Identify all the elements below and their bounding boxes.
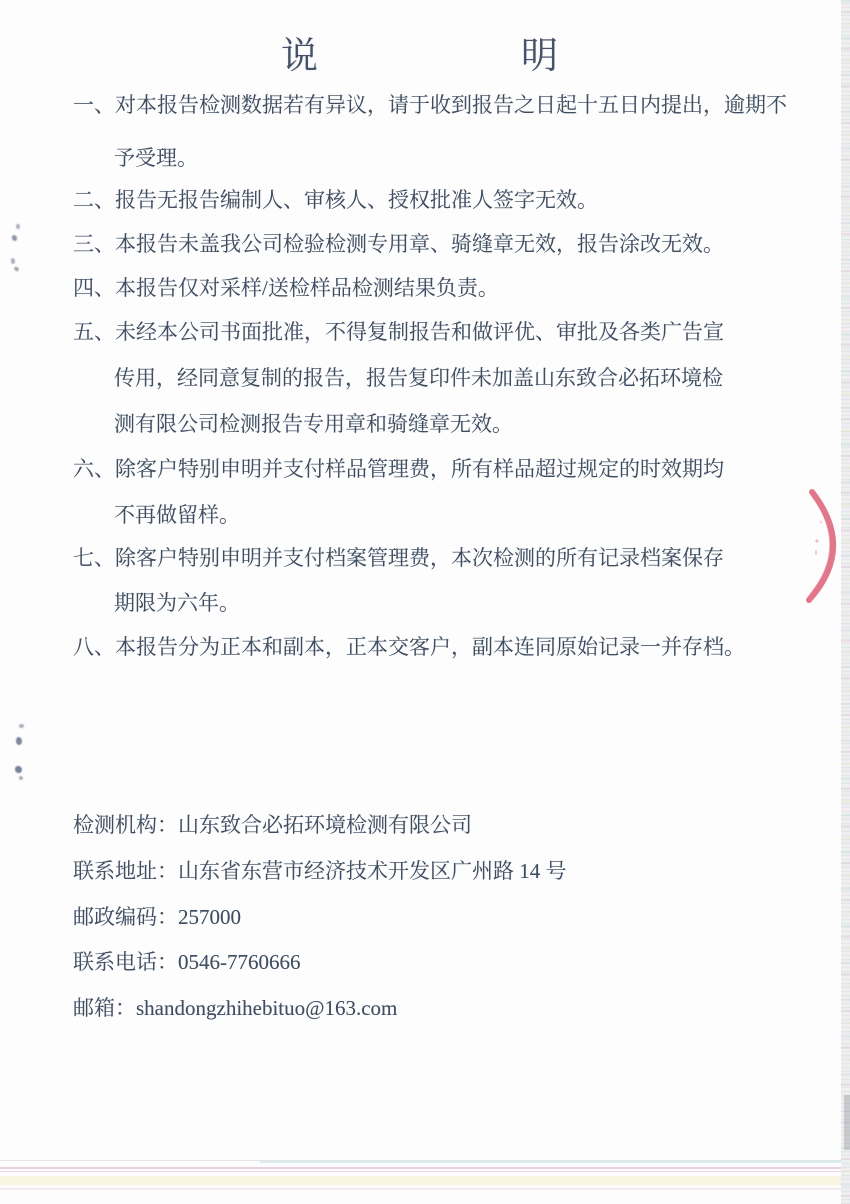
- notice-line-5-wrap-2: 测有限公司检测报告专用章和骑缝章无效。: [114, 412, 513, 437]
- ink-speck: [18, 723, 24, 728]
- ink-speck: [19, 776, 23, 780]
- contact-line-postal: 邮政编码：257000: [73, 905, 241, 930]
- notice-line-5: 五、未经本公司书面批准，不得复制报告和做评优、审批及各类广告宣: [73, 320, 724, 345]
- ink-speck: [14, 765, 22, 773]
- contact-line-address: 联系地址：山东省东营市经济技术开发区广州路 14 号: [73, 859, 567, 884]
- notice-line-6-wrap: 不再做留样。: [114, 503, 240, 528]
- page-title-char-right: 明: [521, 37, 558, 77]
- ink-speck: [12, 235, 18, 242]
- notice-line-4: 四、本报告仅对采样/送检样品检测结果负责。: [73, 276, 499, 301]
- notice-line-3: 三、本报告未盖我公司检验检测专用章、骑缝章无效，报告涂改无效。: [73, 232, 724, 257]
- ink-speck: [15, 224, 20, 230]
- notice-line-1-wrap: 予受理。: [114, 146, 198, 171]
- scan-edge-strip: [841, 0, 850, 1204]
- red-seal-edge-stamp: [793, 484, 845, 608]
- scan-artifact-line: [0, 1171, 841, 1172]
- notice-line-7-wrap: 期限为六年。: [114, 591, 240, 616]
- scan-artifact-line: [0, 1188, 841, 1190]
- page-title-char-left: 说: [281, 37, 318, 77]
- notice-line-5-wrap-1: 传用，经同意复制的报告，报告复印件未加盖山东致合必拓环境检: [114, 366, 723, 391]
- contact-line-email: 邮箱：shandongzhihebituo@163.com: [73, 996, 397, 1021]
- notice-line-2: 二、报告无报告编制人、审核人、授权批准人签字无效。: [73, 188, 598, 213]
- notice-line-1: 一、对本报告检测数据若有异议，请于收到报告之日起十五日内提出，逾期不: [73, 93, 787, 118]
- contact-line-phone: 联系电话：0546-7760666: [73, 950, 301, 975]
- scan-artifact-line: [0, 1176, 841, 1185]
- ink-speck: [11, 258, 15, 264]
- contact-line-agency: 检测机构：山东致合必拓环境检测有限公司: [73, 813, 472, 838]
- scan-artifact-line: [0, 1167, 841, 1169]
- notice-line-8: 八、本报告分为正本和副本，正本交客户，副本连同原始记录一并存档。: [73, 635, 745, 660]
- ink-speck: [13, 266, 19, 272]
- scan-edge-smudge: [844, 1095, 850, 1150]
- notice-line-7: 七、除客户特别申明并支付档案管理费，本次检测的所有记录档案保存: [73, 546, 724, 571]
- scanned-document-page: 说 明 一、对本报告检测数据若有异议，请于收到报告之日起十五日内提出，逾期不 予…: [0, 0, 850, 1204]
- notice-line-6: 六、除客户特别申明并支付样品管理费，所有样品超过规定的时效期均: [73, 457, 724, 482]
- scan-artifact-line: [260, 1161, 841, 1163]
- ink-speck: [16, 737, 22, 745]
